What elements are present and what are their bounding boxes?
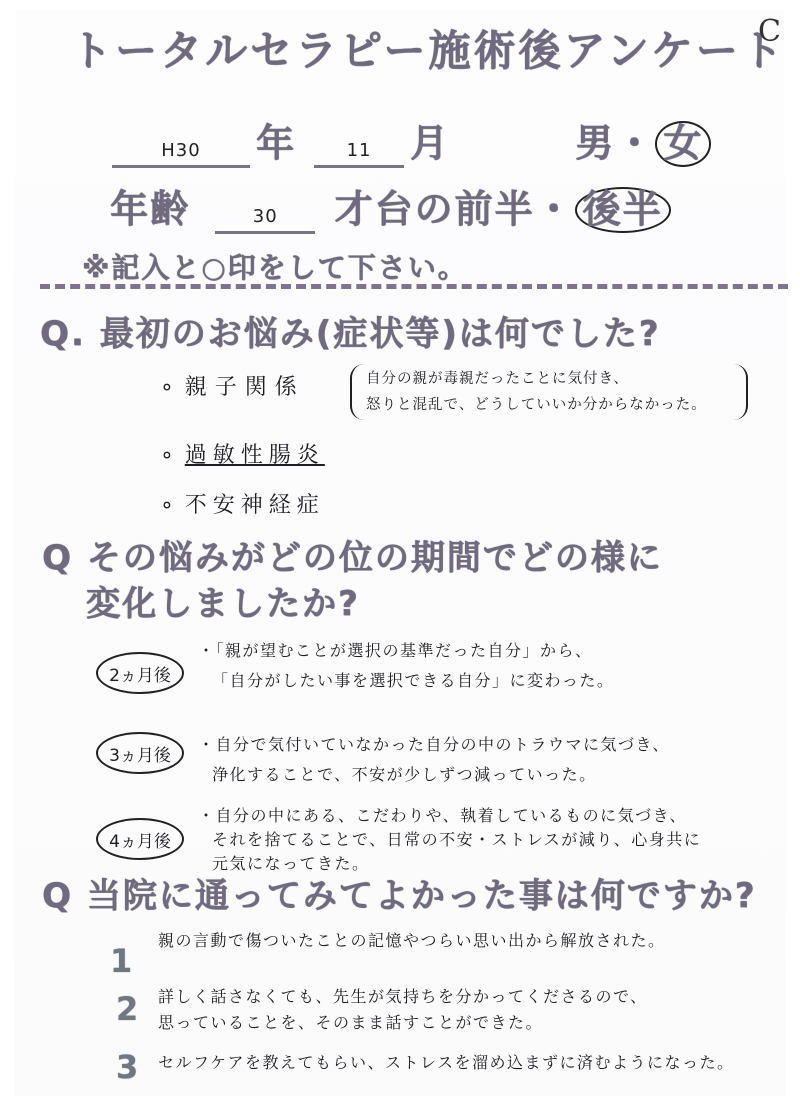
period-badge-2months: 2ヵ月後: [96, 652, 184, 694]
gender-female-option-circled[interactable]: 女: [655, 121, 711, 167]
answer-number-3: 3: [116, 1048, 138, 1086]
q3-question: Q 当院に通ってみてよかった事は何ですか?: [42, 868, 756, 917]
q3-answer-2: 詳しく話さなくても、先生が気持ちを分かってくださるので、 思っていることを、その…: [158, 984, 648, 1036]
gender-separator: ・: [615, 121, 655, 165]
month-field[interactable]: 11: [314, 121, 404, 168]
q1-item-ibs: ∘ 過敏性腸炎: [160, 438, 325, 469]
q2-entry-2months: ・「親が望むことが選択の基準だった自分」から、 「自分がしたい事を選択できる自分…: [198, 636, 614, 696]
document-title: トータルセラピー施術後アンケート: [70, 18, 786, 78]
age-label: 年齢: [110, 187, 190, 231]
q2-question: Q その悩みがどの位の期間でどの様に 変化しましたか?: [42, 535, 663, 627]
year-field[interactable]: H30: [112, 121, 250, 168]
answer-number-1: 1: [110, 942, 132, 980]
q1-question: Q. 最初のお悩み(症状等)は何でした?: [40, 306, 660, 355]
age-suffix: 才台の: [334, 187, 454, 231]
bullet-icon: ∘: [160, 375, 176, 400]
age-field[interactable]: 30: [215, 187, 315, 234]
bullet-icon: ∘: [160, 443, 176, 468]
year-label: 年: [256, 121, 296, 165]
period-badge-4months: 4ヵ月後: [96, 818, 184, 860]
q2-entry-4months: ・自分の中にある、こだわりや、執着しているものに気づき、 それを捨てることで、日…: [198, 804, 701, 876]
instruction-note: ※記入と○印をして下さい。: [82, 246, 468, 286]
q1-item-parent-child: ∘ 親子関係: [160, 370, 305, 401]
q3-answer-3: セルフケアを教えてもらい、ストレスを溜め込まずに済むようになった。: [158, 1050, 735, 1076]
month-label: 月: [410, 121, 450, 165]
q1-item-note: 自分の親が毒親だったことに気付き、 怒りと混乱で、どうしていいか分からなかった。: [350, 364, 748, 420]
q3-answer-1: 親の言動で傷ついたことの記憶やつらい思い出から解放された。: [158, 928, 666, 954]
age-separator: ・: [535, 187, 575, 231]
gender-male-option[interactable]: 男: [575, 121, 615, 165]
date-gender-row: H30年11月 男・女: [112, 112, 711, 168]
corner-mark: C: [758, 14, 781, 49]
age-row: 年齢 30 才台の前半・後半: [110, 178, 671, 234]
dashed-divider: [40, 284, 788, 289]
age-first-half-option[interactable]: 前半: [455, 187, 535, 231]
q2-entry-3months: ・自分で気付いていなかった自分の中のトラウマに気づき、 浄化することで、不安が少…: [198, 730, 670, 790]
age-second-half-option-circled[interactable]: 後半: [575, 187, 671, 233]
period-badge-3months: 3ヵ月後: [96, 732, 184, 774]
bullet-icon: ∘: [160, 493, 176, 518]
q1-item-anxiety: ∘ 不安神経症: [160, 488, 325, 519]
answer-number-2: 2: [116, 990, 138, 1028]
